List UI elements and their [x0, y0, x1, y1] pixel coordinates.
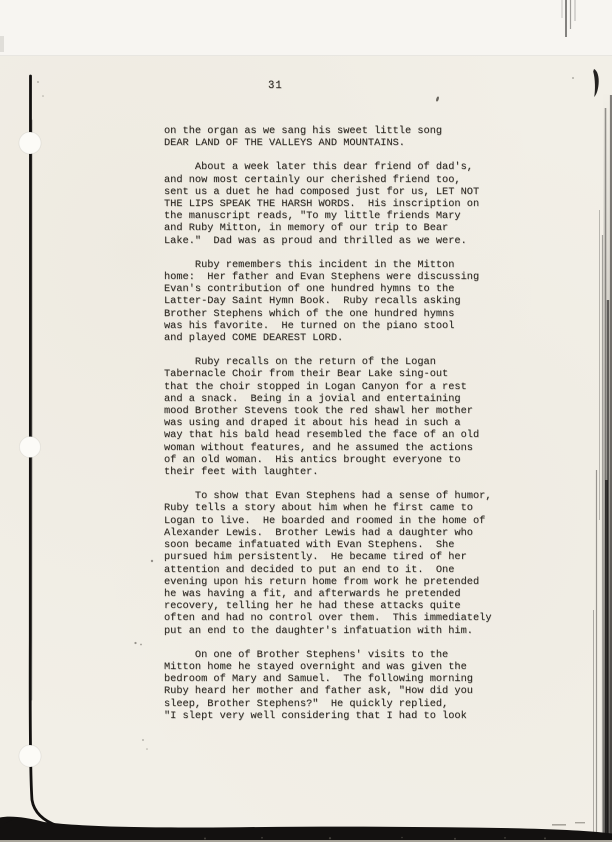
- paragraph: Ruby remembers this incident in the Mitt…: [164, 259, 512, 344]
- paragraph: To show that Evan Stephens had a sense o…: [164, 490, 512, 636]
- paragraph: About a week later this dear friend of d…: [164, 161, 512, 246]
- scan-top-margin: [0, 0, 612, 56]
- right-edge-shade: [603, 90, 612, 842]
- page-number: 31: [268, 80, 283, 92]
- punch-hole-top: [19, 132, 41, 154]
- bottom-left-corner-blot: [0, 819, 48, 838]
- punch-hole-bottom: [19, 745, 41, 767]
- binding-line: [30, 76, 58, 826]
- bottom-edge-gray: [0, 834, 612, 842]
- typewritten-text: on the organ as we sang his sweet little…: [164, 125, 512, 734]
- paragraph: Ruby recalls on the return of the Logan …: [164, 356, 512, 478]
- bottom-speckle: [204, 822, 585, 840]
- bottom-edge-shadow: [0, 817, 612, 840]
- paragraph: on the organ as we sang his sweet little…: [164, 125, 512, 149]
- punch-hole-middle: [20, 437, 41, 458]
- ink-blot: [593, 69, 599, 97]
- scanned-page: 31 on the organ as we sang his sweet lit…: [0, 0, 612, 842]
- paragraph: On one of Brother Stephens' visits to th…: [164, 649, 512, 722]
